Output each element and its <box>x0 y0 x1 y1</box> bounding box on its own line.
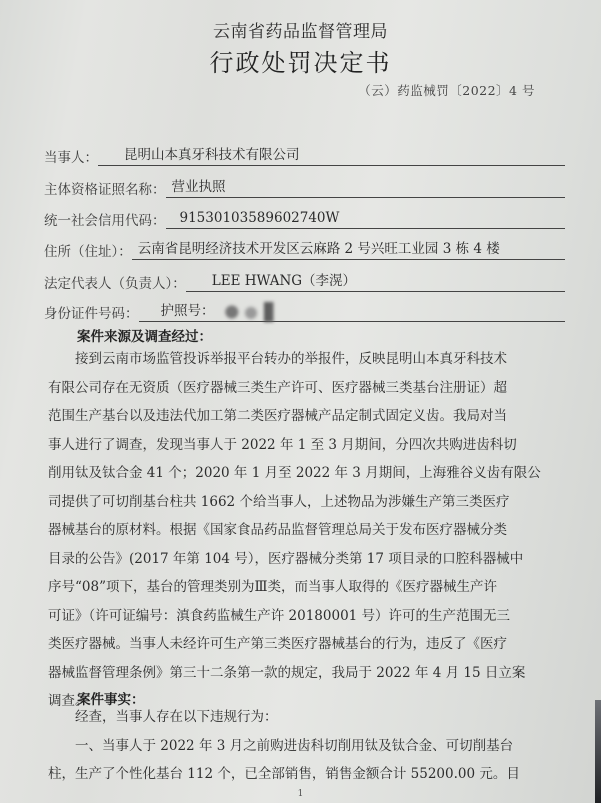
text-line: 柱，生产了个性化基台 112 个，已全部销售，销售金额合计 55200.00 元… <box>48 760 560 789</box>
field-value: 91530103589602740W <box>166 208 566 229</box>
field-legal-rep: 法定代表人（负责人）： LEE HWANG（李滉） <box>44 270 565 292</box>
document-title: 行政处罚决定书 <box>0 43 601 78</box>
text-line: 司提供了可切削基台柱共 1662 个给当事人，上述物品为涉嫌生产第三类医疗 <box>48 488 560 517</box>
text-line: 经查，当事人存在以下违规行为： <box>48 703 560 732</box>
section-heading-source: 案件来源及调查经过： <box>77 325 212 345</box>
field-value: 昆明山本真牙科技术有限公司 <box>98 145 565 166</box>
issuing-agency: 云南省药品监督管理局 <box>0 17 601 42</box>
passport-label: 护照号： <box>161 303 215 319</box>
text-line: 可证》（许可证编号：滇食药监械生产许 20180001 号）许可的生产范围无三 <box>48 602 560 631</box>
text-line: 事人进行了调查，发现当事人于 2022 年 1 至 3 月期间，分四次共购进齿科… <box>48 431 560 460</box>
section-body-source: 接到云南市场监管投诉举报平台转办的举报件，反映昆明山本真牙科技术 有限公司存在无… <box>48 345 560 716</box>
text-line: 器械基台的原材料。根据《国家食品药品监督管理总局关于发布医疗器械分类 <box>48 516 560 545</box>
text-line: 目录的公告》(2017 年第 104 号），医疗器械分类第 17 项目录的口腔科… <box>48 545 560 574</box>
redacted-id-blur <box>219 302 283 322</box>
text-line: 削用钛及钛合金 41 个；2020 年 1 月至 2022 年 3 月期间，上海… <box>48 459 560 488</box>
field-label: 主体资格证照名称： <box>44 178 166 198</box>
field-license-name: 主体资格证照名称： 营业执照 <box>44 176 565 198</box>
field-value: 营业执照 <box>166 177 566 198</box>
field-label: 身份证件号码： <box>44 302 139 322</box>
document-page: 云南省药品监督管理局 行政处罚决定书 （云）药监械罚〔2022〕4 号 当事人：… <box>0 0 601 803</box>
field-value: 云南省昆明经济技术开发区云麻路 2 号兴旺工业园 3 栋 4 楼 <box>132 239 565 260</box>
field-id-number: 身份证件号码： 护照号： <box>44 300 565 322</box>
field-label: 当事人： <box>44 146 98 166</box>
field-label: 统一社会信用代码： <box>44 209 166 229</box>
document-number: （云）药监械罚〔2022〕4 号 <box>358 81 535 99</box>
text-line: 接到云南市场监管投诉举报平台转办的举报件，反映昆明山本真牙科技术 <box>48 345 560 374</box>
section-body-facts: 经查，当事人存在以下违规行为： 一、当事人于 2022 年 3 月之前购进齿科切… <box>48 703 560 789</box>
page-number: 1 <box>0 789 601 799</box>
field-label: 法定代表人（负责人）： <box>44 272 186 292</box>
text-line: 器械监督管理条例》第三十二条第一款的规定，我局于 2022 年 4 月 15 日… <box>48 659 560 688</box>
text-line: 一、当事人于 2022 年 3 月之前购进齿科切削用钛及钛合金、可切削基台 <box>48 732 560 761</box>
text-line: 有限公司存在无资质（医疗器械三类生产许可、医疗器械三类基台注册证）超 <box>48 374 560 403</box>
field-address: 住所（住址）： 云南省昆明经济技术开发区云麻路 2 号兴旺工业园 3 栋 4 楼 <box>44 238 565 260</box>
field-value: LEE HWANG（李滉） <box>186 271 565 292</box>
page-edge-shadow <box>595 700 601 803</box>
text-line: 范围生产基台以及违法代加工第二类医疗器械产品定制式固定义齿。我局对当 <box>48 402 560 431</box>
field-party: 当事人： 昆明山本真牙科技术有限公司 <box>44 144 565 166</box>
field-credit-code: 统一社会信用代码： 91530103589602740W <box>44 207 565 229</box>
field-value: 护照号： <box>139 301 566 322</box>
text-line: 类医疗器械。当事人未经许可生产第三类医疗器械基台的行为，违反了《医疗 <box>48 630 560 659</box>
field-label: 住所（住址）： <box>44 240 132 260</box>
text-line: 序号“08”项下，基台的管理类别为Ⅲ类，而当事人取得的《医疗器械生产许 <box>48 573 560 602</box>
